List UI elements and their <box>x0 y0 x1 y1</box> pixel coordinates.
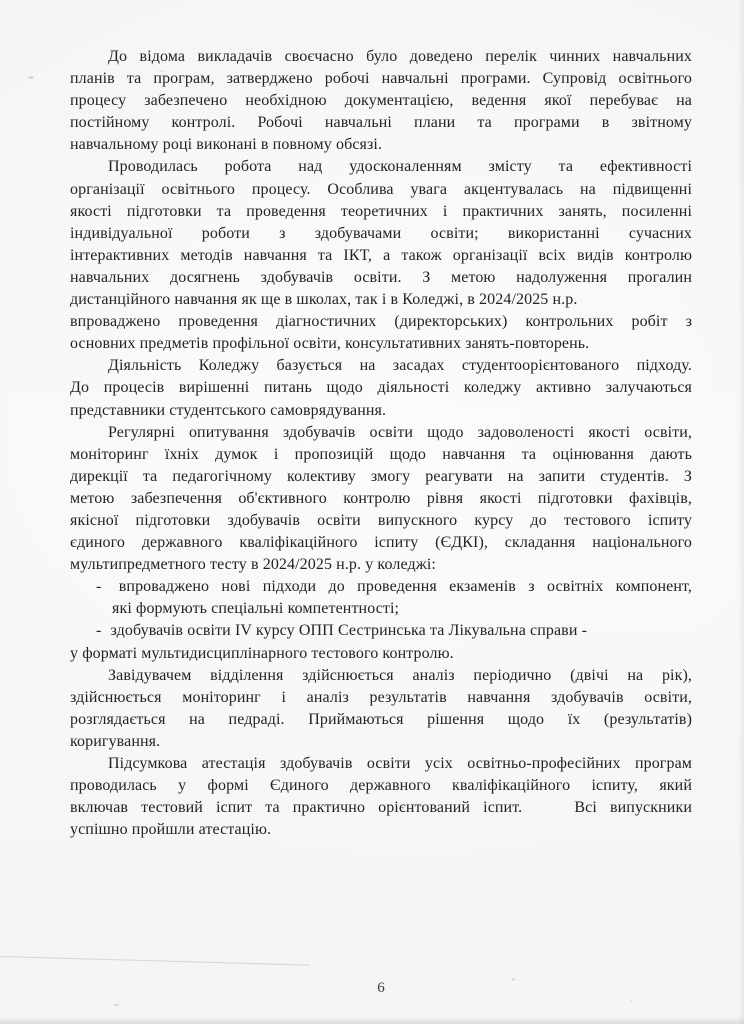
scan-smudge <box>114 1004 119 1006</box>
paragraph-4: Регулярні опитування здобувачів освіти щ… <box>70 422 692 577</box>
text-line: Завідувачем відділення здійснюється анал… <box>70 665 692 687</box>
text-line: які формують спеціальні компетентності; <box>70 598 692 620</box>
text-line: планів та програм, затверджено робочі на… <box>70 68 692 90</box>
text-line: дирекції та педагогічному колективу змог… <box>70 466 692 488</box>
text-line: основних предметів профільної освіти, ко… <box>70 333 692 355</box>
text-line: моніторинг їхніх думок і пропозицій щодо… <box>70 444 692 466</box>
text-line: До процесів вирішенні питань щодо діяльн… <box>70 377 692 399</box>
text-line: Проводилась робота над удосконаленням зм… <box>70 156 692 178</box>
scan-smudge <box>630 1000 632 1002</box>
text-line: проводилась у формі Єдиного державного к… <box>70 775 692 797</box>
text-line: До відома викладачів своєчасно було дове… <box>70 46 692 68</box>
paragraph-5: Завідувачем відділення здійснюється анал… <box>70 665 692 753</box>
text-line: навчальному році виконані в повному обся… <box>70 134 692 156</box>
text-line: процесу забезпечено необхідною документа… <box>70 90 692 112</box>
text-line: метою забезпечення об'єктивного контролю… <box>70 488 692 510</box>
text-line: представники студентського самоврядуванн… <box>70 400 692 422</box>
scan-crease <box>0 956 310 966</box>
document-text-body: До відома викладачів своєчасно було дове… <box>70 46 692 841</box>
bullet-marker: - <box>96 578 106 595</box>
text-line: - впроваджено нові підходи до проведення… <box>70 576 692 598</box>
scan-edge-shadow-right <box>738 0 744 1024</box>
paragraph-1: До відома викладачів своєчасно було дове… <box>70 46 692 156</box>
text-line: впроваджено проведення діагностичних (ди… <box>70 311 692 333</box>
text-line: якісної підготовки здобувачів освіти вип… <box>70 510 692 532</box>
bullet-list: - впроваджено нові підходи до проведення… <box>70 576 692 664</box>
bullet-marker: - <box>96 622 106 639</box>
text-line: Регулярні опитування здобувачів освіти щ… <box>70 422 692 444</box>
text-line: постійному контролі. Робочі навчальні пл… <box>70 112 692 134</box>
text-line: - здобувачів освіти IV курсу ОПП Сестрин… <box>70 620 692 642</box>
text-line: організації освітнього процесу. Особлива… <box>70 179 692 201</box>
text-line: Підсумкова атестація здобувачів освіти у… <box>70 753 692 775</box>
text-line: якості підготовки та проведення теоретич… <box>70 201 692 223</box>
scan-edge-shadow-bottom <box>0 1017 744 1024</box>
text-line: інтерактивних методів навчання та ІКТ, а… <box>70 245 692 267</box>
text-line: успішно пройшли атестацію. <box>70 819 692 841</box>
text-line: дистанційного навчання як ще в школах, т… <box>70 289 692 311</box>
text-line: здійснюється моніторинг і аналіз результ… <box>70 687 692 709</box>
text-line: навчальних досягнень здобувачів освіти. … <box>70 267 692 289</box>
paragraph-6: Підсумкова атестація здобувачів освіти у… <box>70 753 692 841</box>
text-line: Діяльність Коледжу базується на засадах … <box>70 355 692 377</box>
text-line: коригування. <box>70 731 692 753</box>
text-line: індивідуальної роботи з здобувачами осві… <box>70 223 692 245</box>
text-line: у форматі мультидисциплінарного тестовог… <box>70 643 692 665</box>
page-number: 6 <box>70 980 692 997</box>
text-line: мультипредметного тесту в 2024/2025 н.р.… <box>70 554 692 576</box>
text-line: розглядається на педраді. Приймаються рі… <box>70 709 692 731</box>
scanned-document-page: До відома викладачів своєчасно було дове… <box>0 0 744 1024</box>
paragraph-3: Діяльність Коледжу базується на засадах … <box>70 355 692 421</box>
paragraph-2: Проводилась робота над удосконаленням зм… <box>70 156 692 355</box>
text-line: включав тестовий іспит та практично оріє… <box>70 797 692 819</box>
scan-smudge <box>28 76 34 79</box>
text-line: єдиного державного кваліфікаційного іспи… <box>70 532 692 554</box>
